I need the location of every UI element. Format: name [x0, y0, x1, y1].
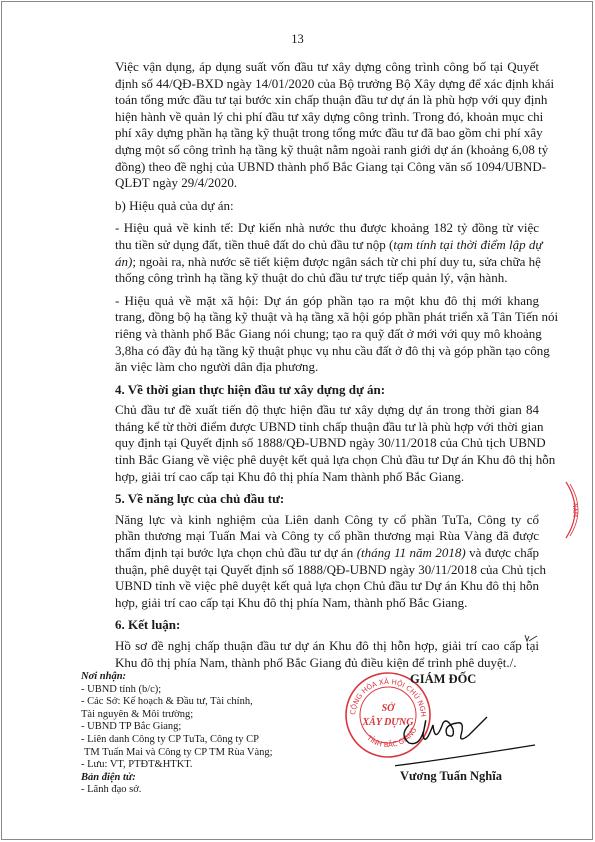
text-line: hợp, giải trí cao cấp tại Khu đô thị phí… [85, 595, 539, 612]
text-span: ; ngoài ra, nhà nước sẽ tiết kiệm được n… [132, 254, 541, 269]
text-line: 3,8ha có đầy đủ hạ tầng kỹ thuật phục vụ… [85, 343, 539, 360]
text-line: - Hiệu quả về kinh tế: Dự kiến nhà nước … [85, 220, 539, 237]
text-span: thu tiền sử dụng đất, tiền thuê đất do c… [115, 237, 393, 252]
text-line: thống công trình hạ tầng kỹ thuật do chủ… [85, 270, 539, 287]
text-line: Khu đô thị phía Nam, thành phố Bắc Giang… [85, 655, 539, 672]
text-line: quy định tại Quyết định số 1888/QĐ-UBND … [85, 435, 539, 452]
text-line: phí xây dựng phần hạ tầng kỹ thuật trong… [85, 125, 539, 142]
text-line: hiện hành về quản lý chi phí đầu tư xây … [85, 109, 539, 126]
heading-section-4: 4. Về thời gian thực hiện đầu tư xây dựn… [85, 382, 539, 399]
paragraph-timeline: Chủ đầu tư đề xuất tiến độ thực hiện đầu… [85, 402, 539, 485]
text-line: tháng kể từ thời điểm được UBND tỉnh chấ… [85, 419, 539, 436]
text-line: trang, đồng bộ hạ tầng kỹ thuật và hạ tầ… [85, 309, 539, 326]
subheading-project-efficiency: b) Hiệu quả của dự án: [85, 198, 539, 215]
recipient-line: - Liên danh Công ty CP TuTa, Công ty CP [81, 734, 273, 747]
page-number: 13 [0, 32, 595, 47]
recipients-block: Nơi nhận: - UBND tỉnh (b/c); - Các Sở: K… [81, 671, 273, 797]
text-line: Việc vận dụng, áp dụng suất vốn đầu tư x… [85, 59, 539, 76]
svg-text:NAM: NAM [571, 503, 578, 517]
recipient-line: Tài nguyên & Môi trường; [81, 709, 273, 722]
text-line: thuận, phê duyệt tại Quyết định số 1888/… [85, 562, 539, 579]
recipient-line: TM Tuấn Mai và Công ty CP TM Rùa Vàng; [81, 747, 273, 760]
text-line: tỉnh Bắc Giang về việc phê duyệt kết quả… [85, 452, 539, 469]
recipients-title: Nơi nhận: [81, 671, 273, 684]
text-line: án); ngoài ra, nhà nước sẽ tiết kiệm đượ… [85, 254, 539, 271]
recipient-line: - UBND TP Bắc Giang; [81, 721, 273, 734]
text-line: ăn việc làm cho người dân địa phương. [85, 359, 539, 376]
text-line: UBND tỉnh về việc phê duyệt kết quả lựa … [85, 578, 539, 595]
text-line: dựng một số công trình hạ tầng kỹ thuật … [85, 142, 539, 159]
text-line: riêng và thành phố Bắc Giang nói chung; … [85, 326, 539, 343]
svg-text:SỞ: SỞ [382, 702, 397, 714]
text-line: phần thương mại Tuấn Mai và Công ty cổ p… [85, 528, 539, 545]
paragraph-conclusion: Hồ sơ đề nghị chấp thuận đầu tư dự án Kh… [85, 638, 539, 671]
paragraph-social-efficiency: - Hiệu quả về mặt xã hội: Dự án góp phần… [85, 293, 539, 376]
text-line: Năng lực và kinh nghiệm của Liên danh Cô… [85, 512, 539, 529]
text-line: thẩm định tại bước lựa chọn chủ đầu tư d… [85, 545, 539, 562]
text-line: Hồ sơ đề nghị chấp thuận đầu tư dự án Kh… [85, 638, 539, 655]
signer-name: Vương Tuấn Nghĩa [400, 769, 502, 784]
recipient-line: - Các Sở: Kế hoạch & Đầu tư, Tài chính, [81, 696, 273, 709]
heading-section-5: 5. Về năng lực của chủ đầu tư: [85, 491, 539, 508]
paragraph-economic-efficiency: - Hiệu quả về kinh tế: Dự kiến nhà nước … [85, 220, 539, 286]
signature-icon [395, 695, 535, 775]
text-line: thu tiền sử dụng đất, tiền thuê đất do c… [85, 237, 539, 254]
text-span: thẩm định tại bước lựa chọn chủ đầu tư d… [115, 545, 357, 560]
heading-section-6: 6. Kết luận: [85, 617, 539, 634]
paragraph-investment-cost: Việc vận dụng, áp dụng suất vốn đầu tư x… [85, 59, 539, 192]
text-line: QLĐT ngày 29/4/2020. [85, 175, 539, 192]
partial-stamp-edge-icon: NAM [562, 480, 584, 540]
text-line: đồng) theo đề nghị của UBND thành phố Bắ… [85, 159, 539, 176]
text-line: hợp, giải trí cao cấp tại Khu đô thị phí… [85, 469, 539, 486]
paragraph-investor-capacity: Năng lực và kinh nghiệm của Liên danh Cô… [85, 512, 539, 612]
recipient-line: - Lưu: VT, PTĐT&HTKT. [81, 759, 273, 772]
text-line: toán tổng mức đầu tư tại bước xin chấp t… [85, 92, 539, 109]
signer-role: GIÁM ĐỐC [410, 672, 476, 687]
recipient-line: - Lãnh đạo sở. [81, 784, 273, 797]
initial-mark-icon [523, 633, 539, 643]
text-line: định số 44/QĐ-BXD ngày 14/01/2020 của Bộ… [85, 76, 539, 93]
text-line: - Hiệu quả về mặt xã hội: Dự án góp phần… [85, 293, 539, 310]
recipient-line: - UBND tỉnh (b/c); [81, 684, 273, 697]
italic-span: tạm tính tại thời điểm lập dự [393, 237, 542, 252]
text-span: và được chấp [466, 545, 539, 560]
italic-span: (tháng 11 năm 2018) [357, 545, 466, 560]
italic-span: án) [115, 254, 132, 269]
text-line: Chủ đầu tư đề xuất tiến độ thực hiện đầu… [85, 402, 539, 419]
document-body: Việc vận dụng, áp dụng suất vốn đầu tư x… [85, 59, 539, 671]
electronic-copy-title: Bản điện tử: [81, 772, 273, 785]
